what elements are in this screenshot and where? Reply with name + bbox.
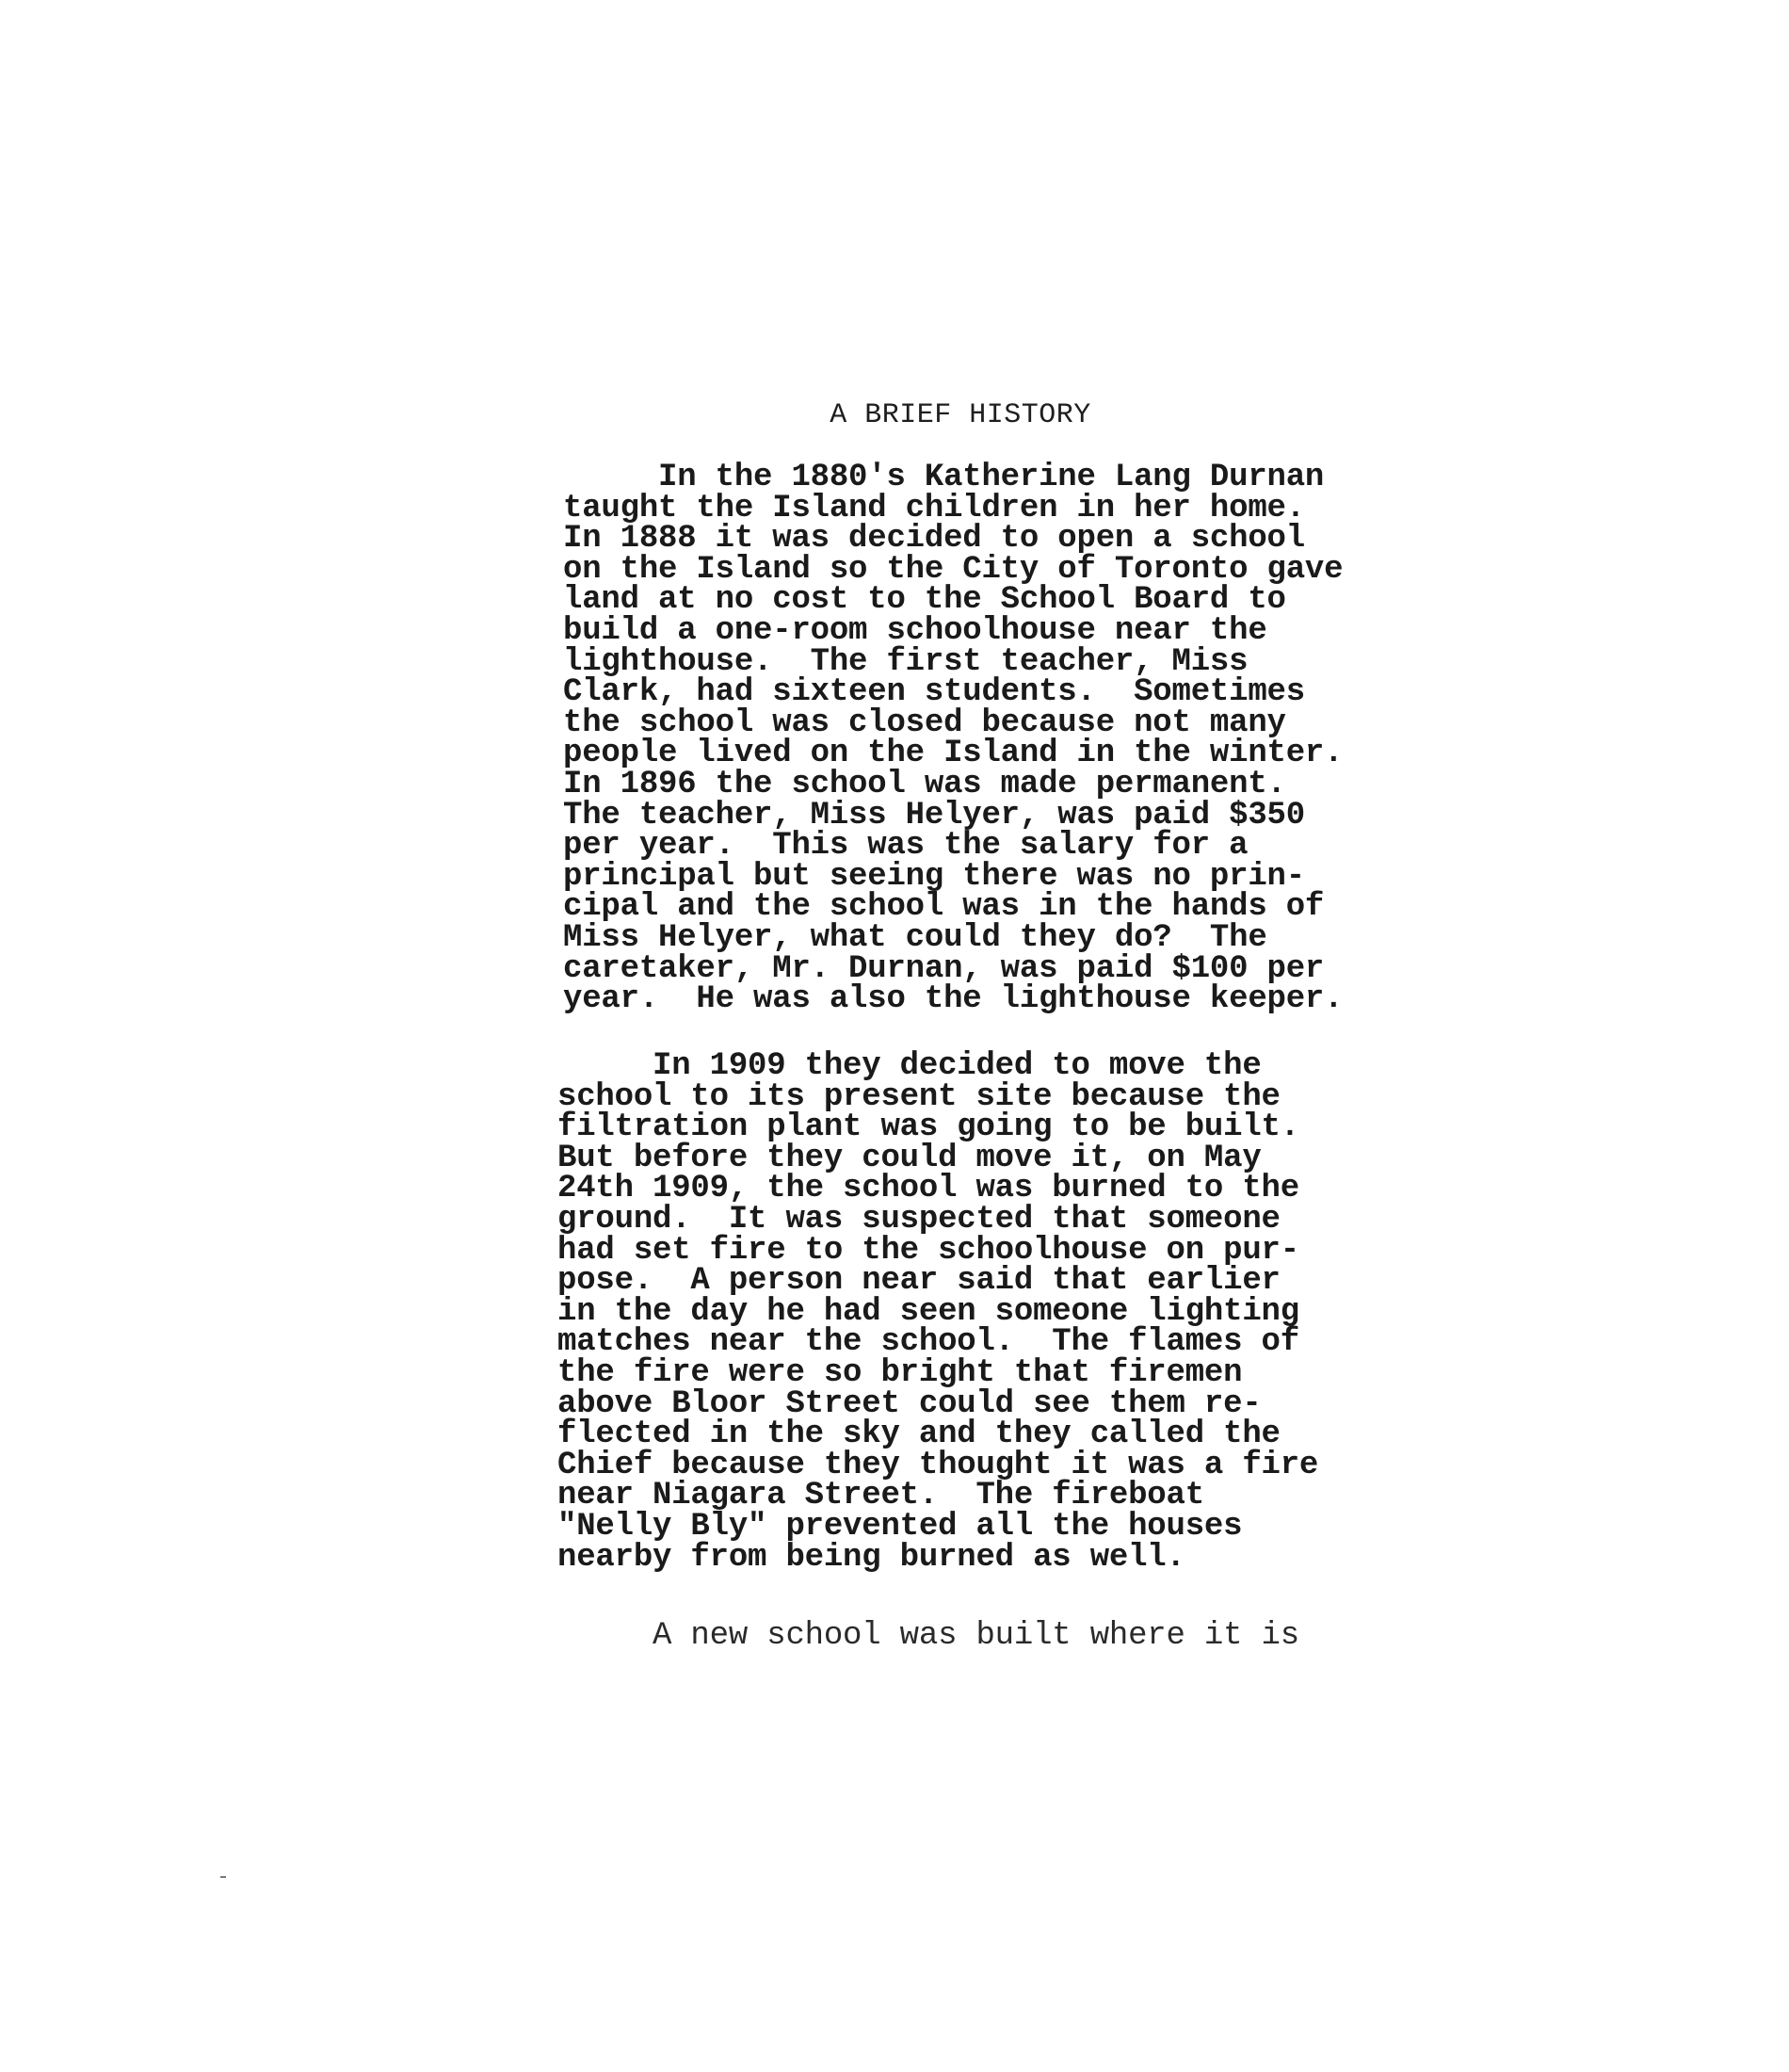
text-line: on the Island so the City of Toronto gav… — [563, 555, 1343, 586]
page-title: A BRIEF HISTORY — [0, 399, 1789, 431]
text-line: But before they could move it, on May — [557, 1143, 1318, 1174]
text-line: taught the Island children in her home. — [563, 494, 1343, 525]
text-line: caretaker, Mr. Durnan, was paid $100 per — [563, 954, 1343, 985]
text-line: In 1896 the school was made permanent. — [563, 769, 1343, 801]
text-line: year. He was also the lighthouse keeper. — [563, 984, 1343, 1015]
text-line: above Bloor Street could see them re- — [557, 1389, 1318, 1420]
text-line: the school was closed because not many — [563, 708, 1343, 739]
text-line: cipal and the school was in the hands of — [563, 892, 1343, 923]
text-line: In 1909 they decided to move the — [557, 1051, 1318, 1082]
text-line: land at no cost to the School Board to — [563, 585, 1343, 616]
text-line: pose. A person near said that earlier — [557, 1266, 1318, 1297]
text-line: school to its present site because the — [557, 1082, 1318, 1113]
text-line: 24th 1909, the school was burned to the — [557, 1174, 1318, 1205]
text-line: in the day he had seen someone lighting — [557, 1297, 1318, 1328]
paragraph-1: In the 1880's Katherine Lang Durnantaugh… — [563, 462, 1343, 1015]
text-line: near Niagara Street. The fireboat — [557, 1481, 1318, 1512]
text-line: principal but seeing there was no prin- — [563, 862, 1343, 893]
scan-speck — [220, 1876, 226, 1878]
text-line: had set fire to the schoolhouse on pur- — [557, 1236, 1318, 1267]
text-line: matches near the school. The flames of — [557, 1327, 1318, 1358]
text-line: build a one-room schoolhouse near the — [563, 616, 1343, 647]
text-line: the fire were so bright that firemen — [557, 1358, 1318, 1389]
paragraph-3: A new school was built where it is — [557, 1621, 1299, 1652]
text-line: Chief because they thought it was a fire — [557, 1450, 1318, 1481]
text-line: Clark, had sixteen students. Sometimes — [563, 677, 1343, 708]
text-line: per year. This was the salary for a — [563, 831, 1343, 862]
text-line: Miss Helyer, what could they do? The — [563, 923, 1343, 954]
paragraph-2: In 1909 they decided to move theschool t… — [557, 1051, 1318, 1573]
text-line: In 1888 it was decided to open a school — [563, 524, 1343, 555]
text-line: In the 1880's Katherine Lang Durnan — [563, 462, 1343, 494]
text-line: people lived on the Island in the winter… — [563, 738, 1343, 769]
text-line: lighthouse. The first teacher, Miss — [563, 647, 1343, 678]
typewritten-page: A BRIEF HISTORY In the 1880's Katherine … — [0, 0, 1789, 2072]
text-line: A new school was built where it is — [557, 1621, 1299, 1652]
text-line: filtration plant was going to be built. — [557, 1112, 1318, 1143]
text-line: "Nelly Bly" prevented all the houses — [557, 1512, 1318, 1543]
text-line: nearby from being burned as well. — [557, 1543, 1318, 1574]
text-line: The teacher, Miss Helyer, was paid $350 — [563, 801, 1343, 832]
text-line: ground. It was suspected that someone — [557, 1205, 1318, 1236]
text-line: flected in the sky and they called the — [557, 1419, 1318, 1450]
